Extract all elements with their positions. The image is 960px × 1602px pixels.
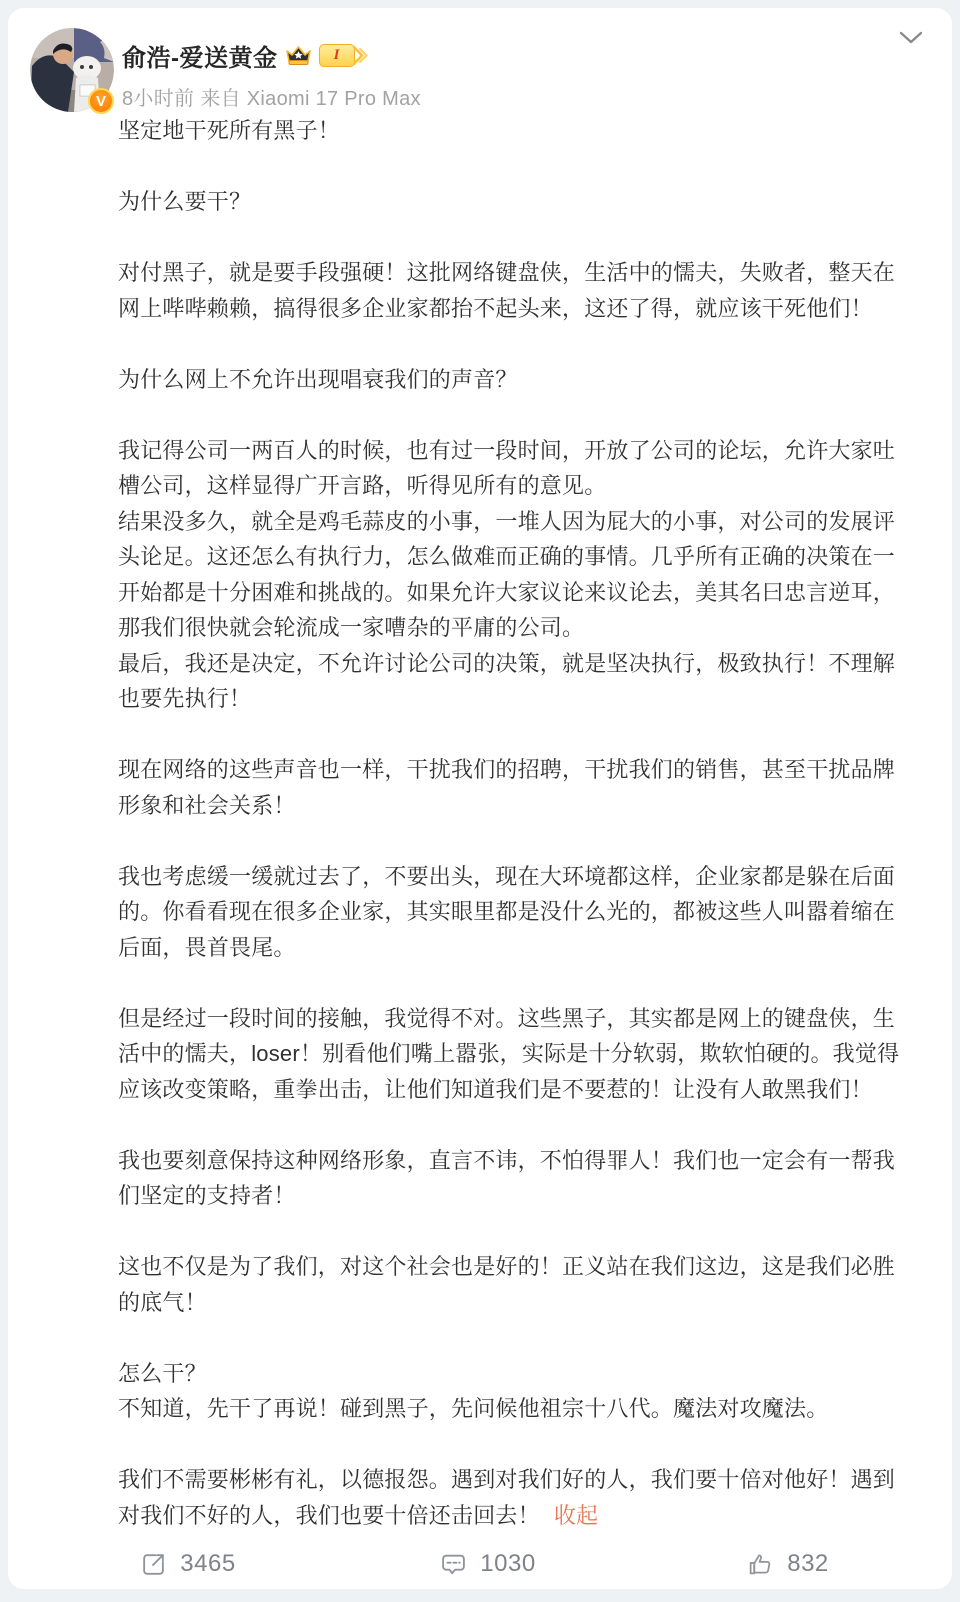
vip-badge-tail-icon <box>353 44 369 67</box>
post-meta: 8小时前来自 Xiaomi 17 Pro Max <box>122 82 421 111</box>
username[interactable]: 俞浩-爱送黄金 <box>122 38 278 73</box>
timestamp: 8小时前 <box>122 88 194 110</box>
vip-crown-icon <box>285 44 312 67</box>
vip-level-label: I <box>319 44 355 67</box>
like-count: 832 <box>787 1550 829 1578</box>
avatar[interactable]: V <box>30 28 114 112</box>
repost-icon <box>140 1551 167 1578</box>
chevron-down-icon[interactable] <box>897 30 925 51</box>
comment-count: 1030 <box>480 1550 535 1578</box>
vip-level-badge[interactable]: I <box>319 44 369 67</box>
repost-button[interactable]: 3465 <box>38 1550 338 1578</box>
post-card: V 俞浩-爱送黄金 I <box>8 8 952 1589</box>
repost-count: 3465 <box>180 1550 235 1578</box>
post-body: 坚定地干死所有黑子！ 为什么要干？ 对付黑子，就是要手段强硬！这批网络键盘侠，生… <box>118 113 910 1533</box>
header-info: 俞浩-爱送黄金 I <box>122 28 421 112</box>
action-bar: 3465 1030 832 <box>8 1541 952 1587</box>
post-source[interactable]: 来自 Xiaomi 17 Pro Max <box>200 88 421 110</box>
post-header: V 俞浩-爱送黄金 I <box>8 8 952 112</box>
collapse-link[interactable]: 收起 <box>554 1503 598 1528</box>
comment-button[interactable]: 1030 <box>338 1550 638 1578</box>
thumbs-up-icon <box>747 1551 774 1578</box>
verified-badge-icon: V <box>88 88 114 114</box>
post-text: 坚定地干死所有黑子！ 为什么要干？ 对付黑子，就是要手段强硬！这批网络键盘侠，生… <box>118 118 899 1528</box>
like-button[interactable]: 832 <box>638 1550 938 1578</box>
comment-icon <box>440 1551 467 1578</box>
